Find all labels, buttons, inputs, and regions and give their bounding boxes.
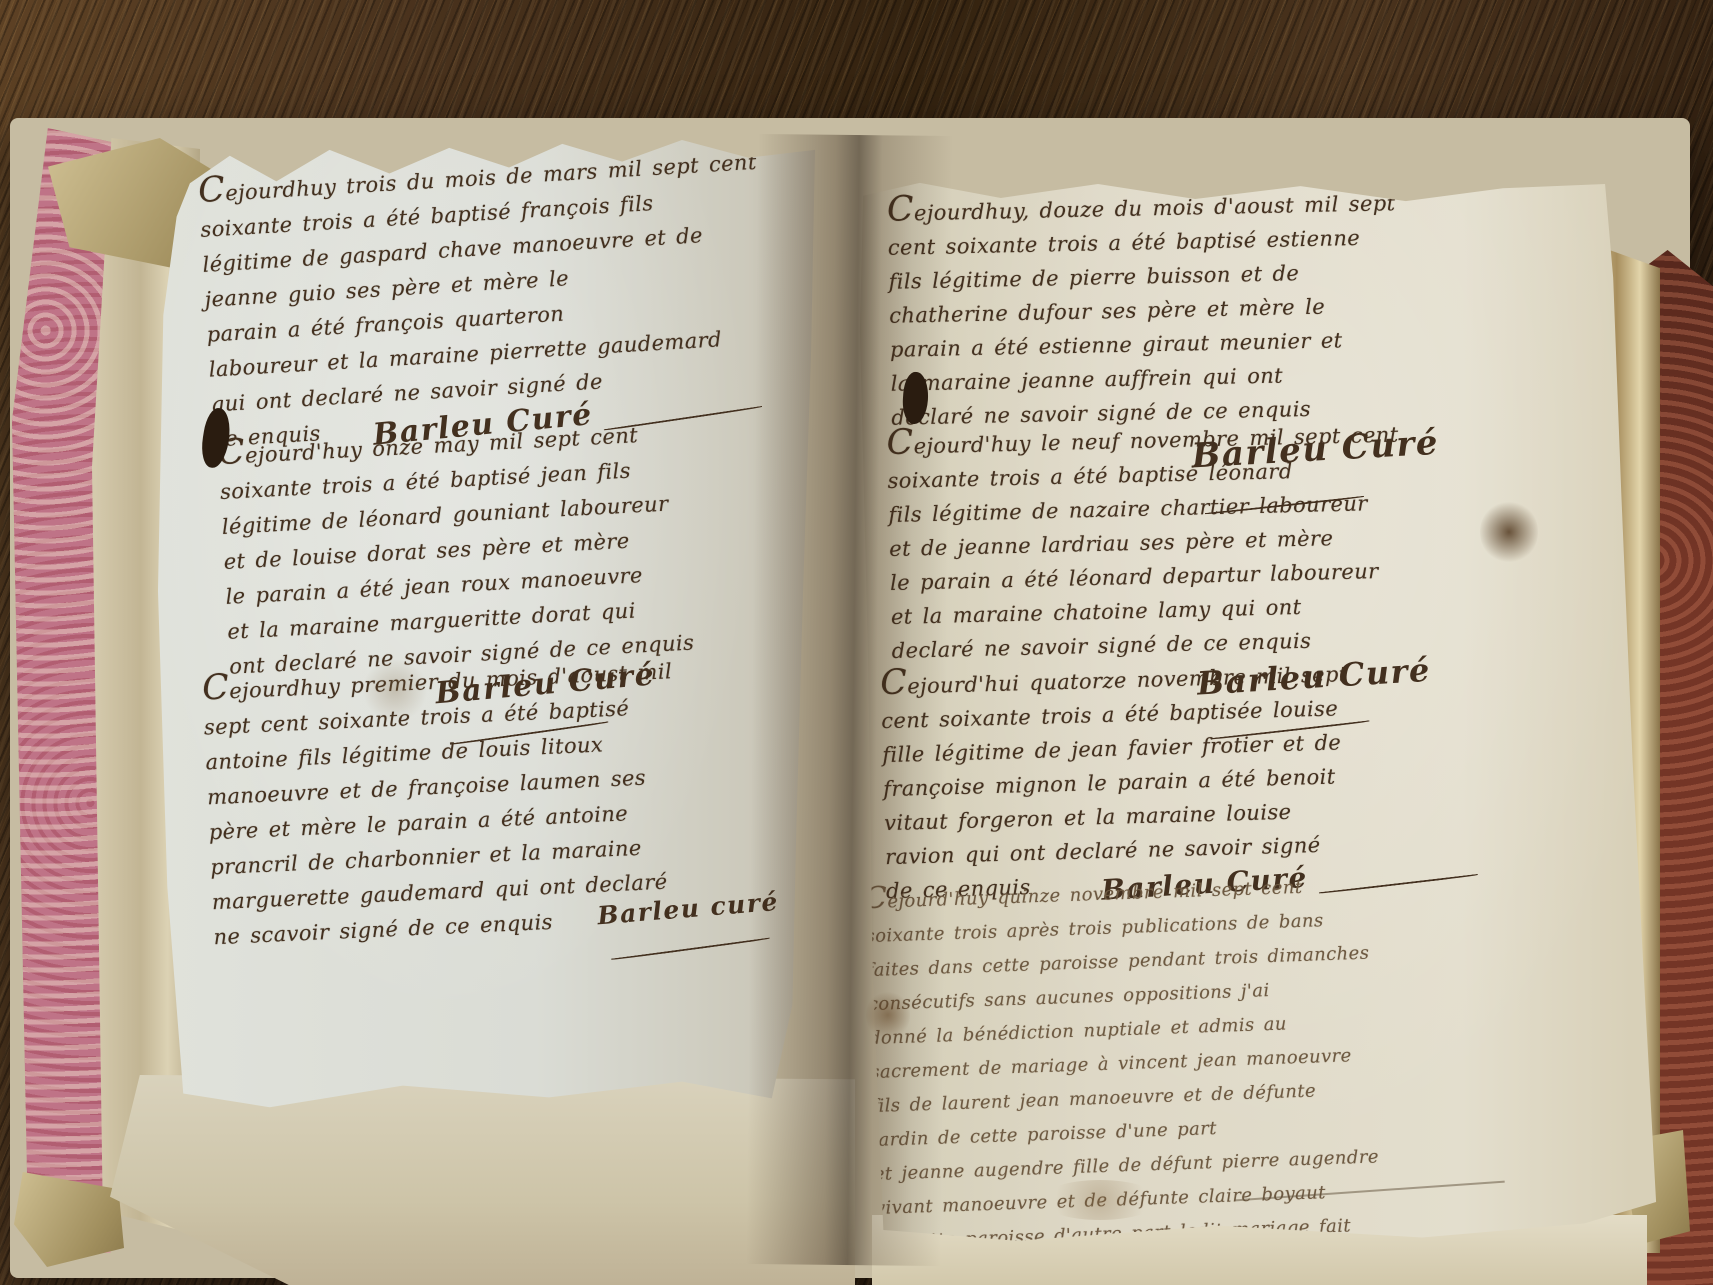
left-page: Cejourdhuy trois du mois de mars mil sep… [150, 138, 815, 1123]
entry-text: Cejourd'huy onze may mil sept cent soixa… [217, 406, 799, 684]
right-page: trois Cejourdhuy, douze du mois d'aoust … [855, 170, 1665, 1245]
page-stain [360, 660, 430, 720]
baptism-entry: Cejourdhuy premier du mois d'aoust mil s… [201, 645, 804, 973]
entry-text: Cejourdhuy, douze du mois d'aoust mil se… [887, 179, 1537, 434]
baptism-entry: Cejourdhuy trois du mois de mars mil sep… [197, 138, 813, 454]
page-stain [866, 990, 910, 1040]
gutter-shadow [746, 134, 953, 1266]
photograph-open-parish-register: Cejourdhuy trois du mois de mars mil sep… [0, 0, 1713, 1285]
entry-text: Cejourd'huy quinze novembre mil sept cen… [864, 858, 1567, 1260]
page-stain [1480, 500, 1538, 564]
marriage-entry: Cejourd'huy quinze novembre mil sept cen… [864, 858, 1567, 1260]
page-stain [1040, 1180, 1160, 1220]
entry-text: Cejourd'huy le neuf novembre mil sept ce… [886, 410, 1547, 668]
